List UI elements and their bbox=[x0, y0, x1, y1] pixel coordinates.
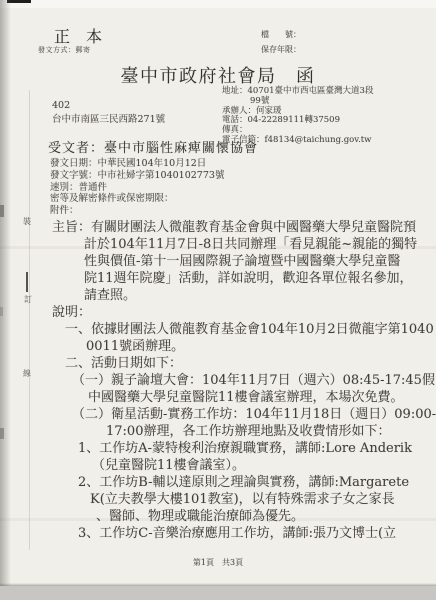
scan-artifact bbox=[0, 205, 4, 217]
recipient-zip: 402 bbox=[52, 100, 70, 111]
security-class: 密等及解密條件或保密期限： bbox=[50, 193, 224, 205]
document-title: 臺中市政府社會局 函 bbox=[0, 62, 436, 88]
explanation-line: 2、工作坊B-輔以達原則之理論與實務，講師:Margarete bbox=[52, 474, 436, 491]
recipient-address: 台中市南區三民西路271號 bbox=[52, 111, 165, 125]
speed-class: 速別：普通件 bbox=[50, 182, 224, 194]
explanation-line: 0011號函辦理。 bbox=[52, 338, 436, 355]
binding-line bbox=[29, 90, 30, 550]
subject-line: 性與價值-第十一屆國際親子論壇暨中國醫藥大學兒童醫 bbox=[52, 253, 436, 270]
explanation-line: 一、依據財團法人微龍教育基金會104年10月2日微龍字第1040 bbox=[52, 321, 436, 338]
page-number: 第1頁 共3頁 bbox=[0, 557, 436, 568]
letter-body: 主旨：有關財團法人微龍教育基金會與中國醫藥大學兒童醫院預 計於104年11月7日… bbox=[52, 219, 436, 542]
explanation-line: 二、活動日期如下： bbox=[52, 355, 436, 372]
copy-type-label: 正 本 bbox=[54, 24, 102, 47]
explanation-line: （一）親子論壇大會：104年11月7日（週六）08:45-17:45假 bbox=[52, 372, 436, 389]
delivery-method-label: 發文方式：郵寄 bbox=[38, 45, 91, 55]
explanation-label: 說明： bbox=[52, 304, 436, 321]
retention-period-label: 保存年限： bbox=[261, 44, 301, 55]
scan-bottom-band bbox=[0, 586, 436, 600]
scan-artifact bbox=[0, 307, 3, 316]
binding-mark-ding: 訂 bbox=[24, 294, 32, 305]
explanation-line: 中國醫藥大學兒童醫院11樓會議室辦理，本場次免費。 bbox=[52, 389, 436, 406]
explanation-line: （兒童醫院11樓會議室）。 bbox=[52, 457, 436, 474]
scan-edge-shadow bbox=[0, 0, 11, 600]
explanation-line: 、醫師、物理或職能治療師為優先。 bbox=[52, 508, 436, 525]
explanation-line: 3、工作坊C-音樂治療應用工作坊，講師:張乃文博士(立 bbox=[52, 525, 436, 542]
binding-mark-zhuang: 裝 bbox=[23, 216, 31, 227]
document-number: 發文字號：中市社婦字第1040102773號 bbox=[50, 170, 224, 182]
document-meta-block: 發文日期：中華民國104年10月12日 發文字號：中市社婦字第104010277… bbox=[50, 158, 224, 217]
subject-line: 院11週年院慶」活動，詳如說明，歡迎各單位報名參加， bbox=[52, 270, 436, 287]
binding-mark-xian: 線 bbox=[23, 368, 31, 379]
explanation-line: （二）衛星活動-實務工作坊：104年11月18日（週日）09:00- bbox=[52, 406, 436, 423]
subject-line: 主旨：有關財團法人微龍教育基金會與中國醫藥大學兒童醫院預 bbox=[52, 219, 436, 236]
attachment-label: 附件： bbox=[50, 205, 224, 217]
subject-line: 計於104年11月7日-8日共同辦理「看見親能~親能的獨特 bbox=[52, 236, 436, 253]
binding-mark-dash bbox=[26, 272, 28, 292]
file-number-label: 檔 號： bbox=[261, 29, 301, 40]
subject-line: 請查照。 bbox=[52, 287, 436, 304]
sender-address-line1: 地址：40701臺中市西屯區臺灣大道3段 bbox=[222, 87, 373, 97]
recipient-line: 受文者：臺中市腦性麻痺關懷協會 bbox=[48, 137, 258, 156]
scan-top-strip bbox=[0, 0, 436, 8]
issue-date: 發文日期：中華民國104年10月12日 bbox=[50, 158, 224, 170]
scan-artifact bbox=[0, 428, 4, 439]
explanation-line: 1、工作坊A-蒙特梭利治療親職實務，講師:Lore Anderik bbox=[52, 440, 436, 457]
explanation-line: K(立夫教學大樓101教室)，以有特殊需求子女之家長 bbox=[52, 491, 436, 508]
scanned-letter: 裝 訂 線 正 本 發文方式：郵寄 檔 號： 保存年限： 臺中市政府社會局 函 … bbox=[0, 0, 436, 600]
explanation-line: 17:00辦理，各工作坊辦理地點及收費情形如下： bbox=[52, 423, 436, 440]
